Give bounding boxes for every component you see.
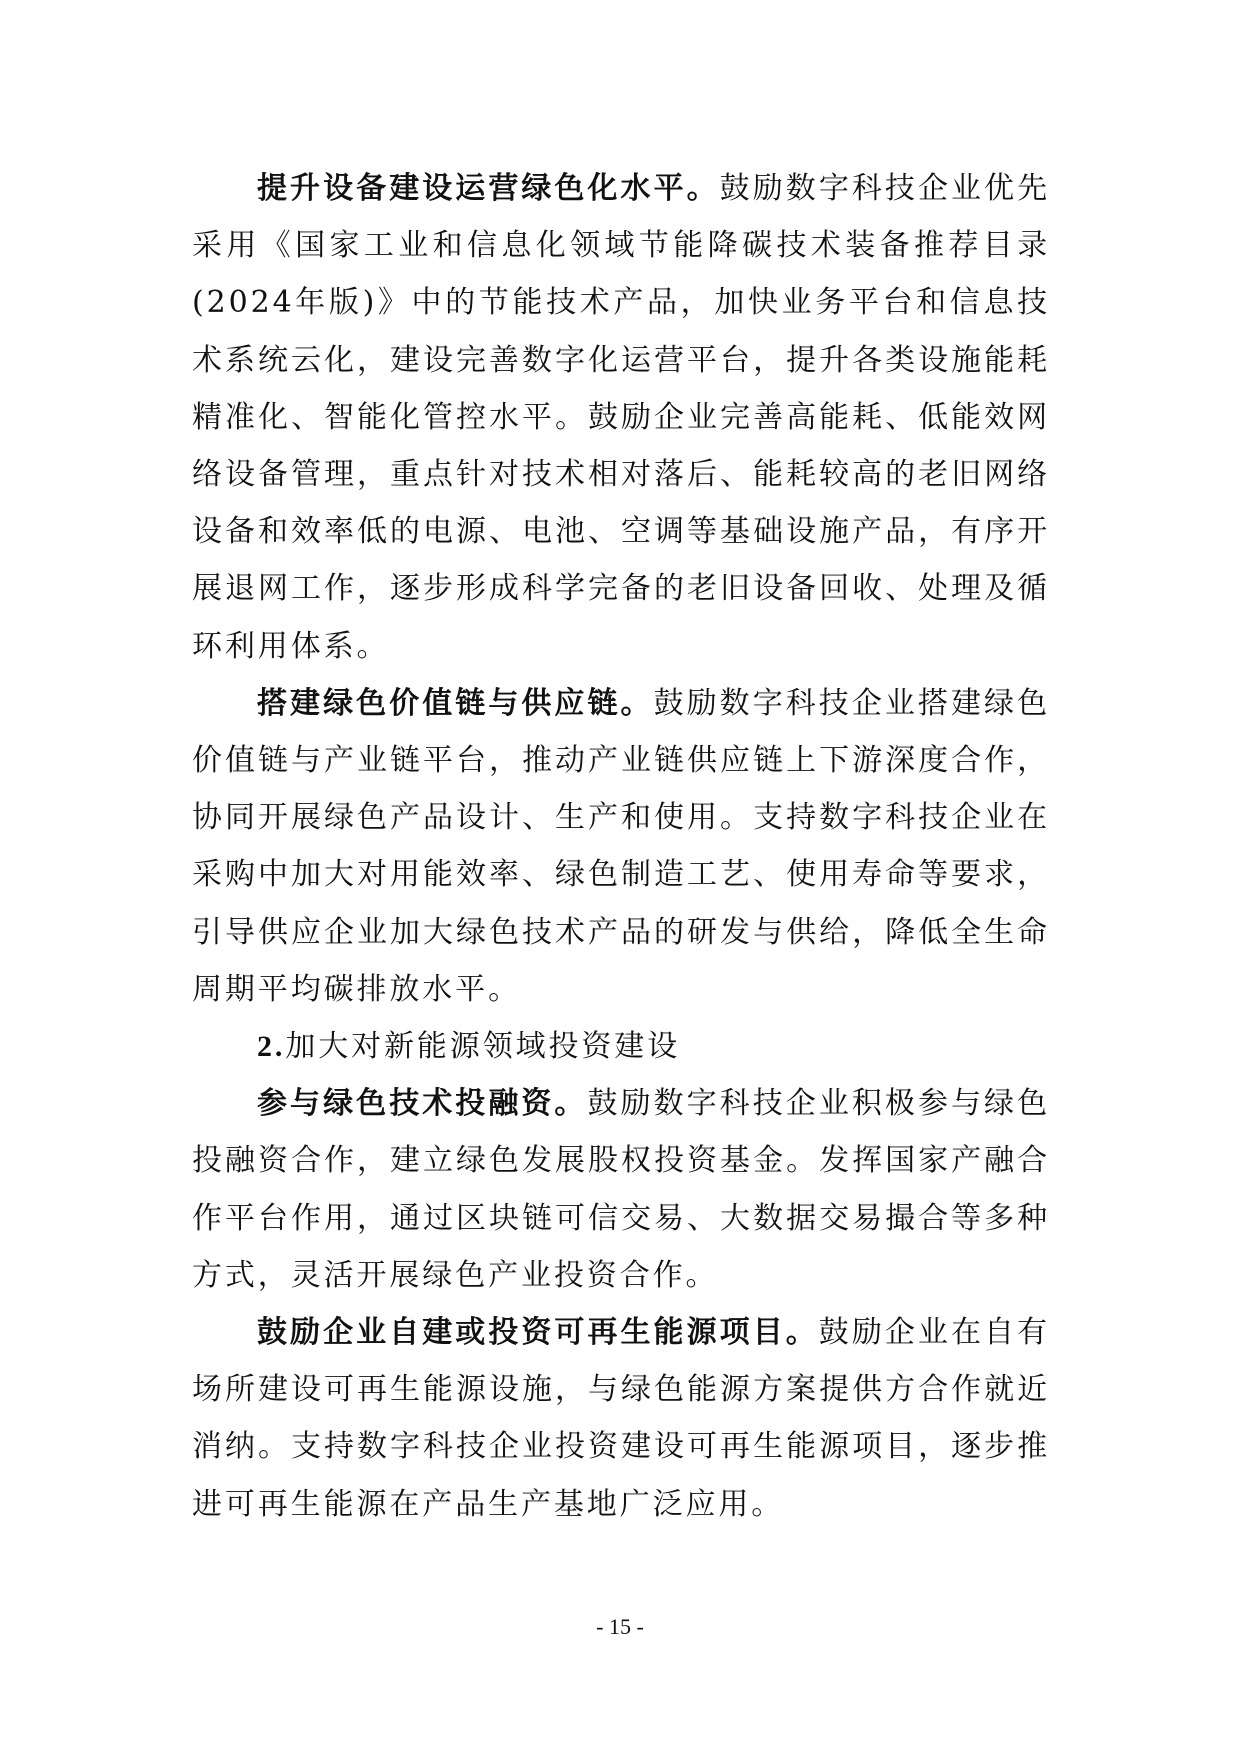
document-page: 提升设备建设运营绿色化水平。鼓励数字科技企业优先采用《国家工业和信息化领域节能降…: [192, 160, 1050, 1533]
paragraph-lead: 搭建绿色价值链与供应链。: [257, 686, 654, 721]
paragraph-equipment-green-operation: 提升设备建设运营绿色化水平。鼓励数字科技企业优先采用《国家工业和信息化领域节能降…: [192, 160, 1050, 675]
paragraph-green-value-chain: 搭建绿色价值链与供应链。鼓励数字科技企业搭建绿色价值链与产业链平台，推动产业链供…: [192, 675, 1050, 1018]
paragraph-lead: 参与绿色技术投融资。: [257, 1086, 587, 1121]
section-title: 加大对新能源领域投资建设: [285, 1029, 680, 1064]
paragraph-green-investment: 参与绿色技术投融资。鼓励数字科技企业积极参与绿色投融资合作，建立绿色发展股权投资…: [192, 1075, 1050, 1304]
section-heading: 2.加大对新能源领域投资建设: [192, 1018, 1050, 1075]
page-number: - 15 -: [0, 1614, 1240, 1640]
section-number: 2.: [257, 1030, 285, 1063]
paragraph-body: 鼓励数字科技企业搭建绿色价值链与产业链平台，推动产业链供应链上下游深度合作，协同…: [192, 686, 1050, 1007]
paragraph-renewable-energy: 鼓励企业自建或投资可再生能源项目。鼓励企业在自有场所建设可再生能源设施，与绿色能…: [192, 1304, 1050, 1533]
paragraph-body: 鼓励数字科技企业优先采用《国家工业和信息化领域节能降碳技术装备推荐目录(2024…: [192, 171, 1050, 664]
paragraph-lead: 提升设备建设运营绿色化水平。: [257, 171, 720, 206]
paragraph-lead: 鼓励企业自建或投资可再生能源项目。: [257, 1315, 819, 1350]
